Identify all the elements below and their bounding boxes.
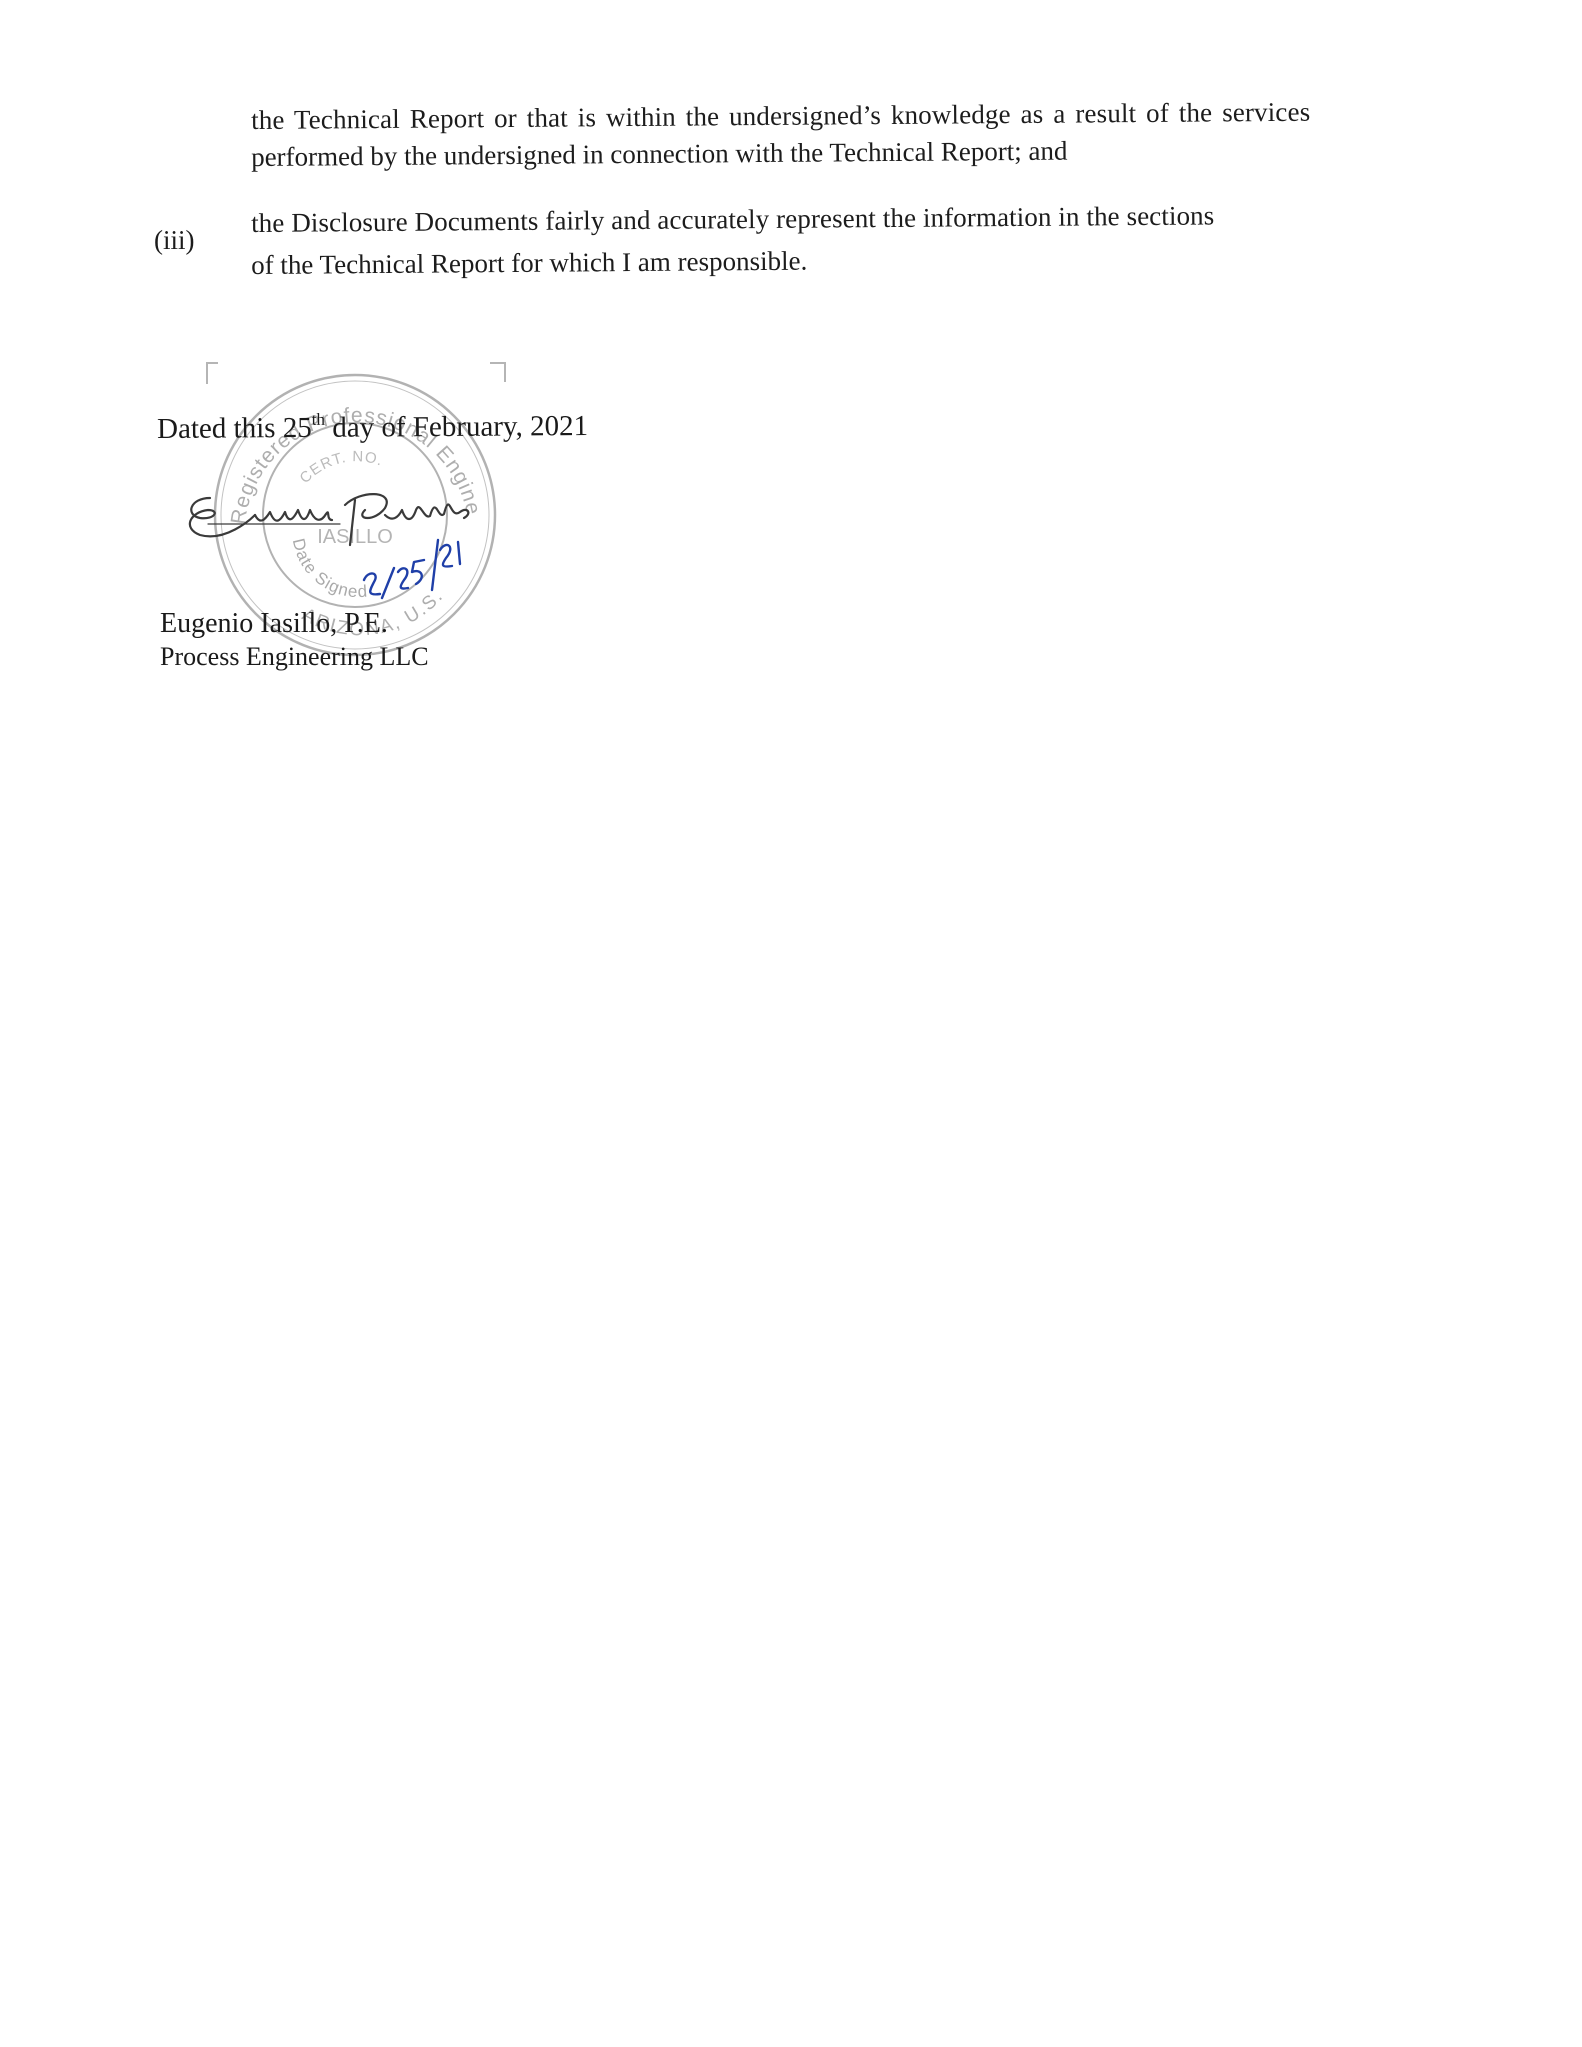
handwritten-date-icon (360, 520, 470, 610)
dated-ordinal-suffix: th (312, 410, 325, 429)
list-item-iii-line-1: the Disclosure Documents fairly and accu… (251, 199, 1214, 239)
list-item-number: (iii) (154, 224, 195, 256)
continuation-line-2: performed by the undersigned in connecti… (251, 135, 1068, 173)
signer-name: Eugenio Iasillo, P.E. (160, 608, 388, 640)
handwritten-date (360, 520, 470, 610)
signer-company: Process Engineering LLC (160, 642, 429, 672)
list-item-iii-line-2: of the Technical Report for which I am r… (251, 245, 807, 281)
dated-prefix: Dated this 25 (157, 412, 312, 445)
document-page: the Technical Report or that is within t… (0, 0, 1582, 2047)
dated-suffix: day of February, 2021 (325, 410, 588, 444)
continuation-line-1: the Technical Report or that is within t… (251, 96, 1310, 136)
dated-line: Dated this 25th day of February, 2021 (157, 409, 588, 446)
